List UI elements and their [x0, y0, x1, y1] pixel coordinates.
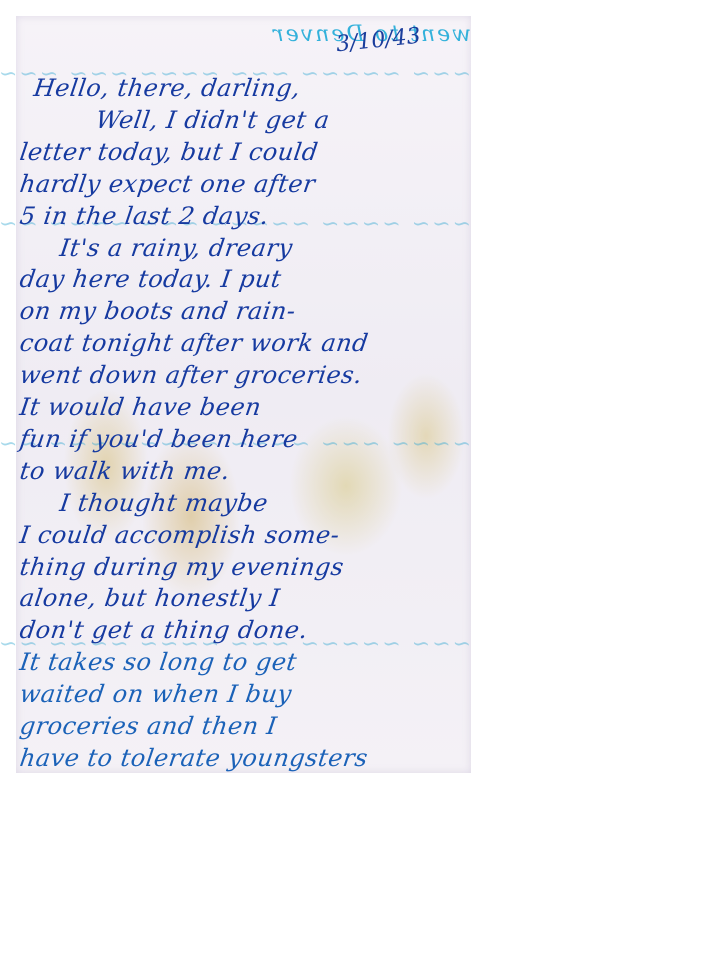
letter-line: groceries and then I [18, 712, 279, 740]
letter-line: have to tolerate youngsters [18, 744, 370, 772]
letter-line: on my boots and rain- [18, 297, 298, 325]
letter-line: went down after groceries. [18, 361, 364, 389]
letter-line: 5 in the last 2 days. [18, 202, 271, 230]
letter-line: I could accomplish some- [18, 521, 341, 549]
letter-line: thing during my evenings [18, 553, 346, 581]
letter-line: to walk with me. [18, 457, 232, 485]
letter-line: coat tonight after work and [18, 329, 370, 357]
letter-line: waited on when I buy [18, 680, 294, 708]
letter-line: It would have been [18, 393, 263, 421]
salutation: Hello, there, darling, [32, 74, 302, 102]
letter-line: letter today, but I could [18, 138, 320, 166]
letter-line: I thought maybe [58, 489, 270, 517]
letter-page: went to Denver ~~~ ~~~~~ ~~~ ~~~~ ~~~ ~~… [16, 16, 471, 773]
letter-line: It's a rainy, dreary [58, 234, 294, 262]
letter-line: It takes so long to get [18, 648, 299, 676]
letter-line: don't get a thing done. [18, 616, 310, 644]
letter-line: alone, but honestly I [18, 584, 282, 612]
letter-line: day here today. I put [18, 265, 283, 293]
letter-line: Well, I didn't get a [94, 106, 331, 134]
letter-line: hardly expect one after [18, 170, 317, 198]
letter-line: fun if you'd been here [18, 425, 300, 453]
